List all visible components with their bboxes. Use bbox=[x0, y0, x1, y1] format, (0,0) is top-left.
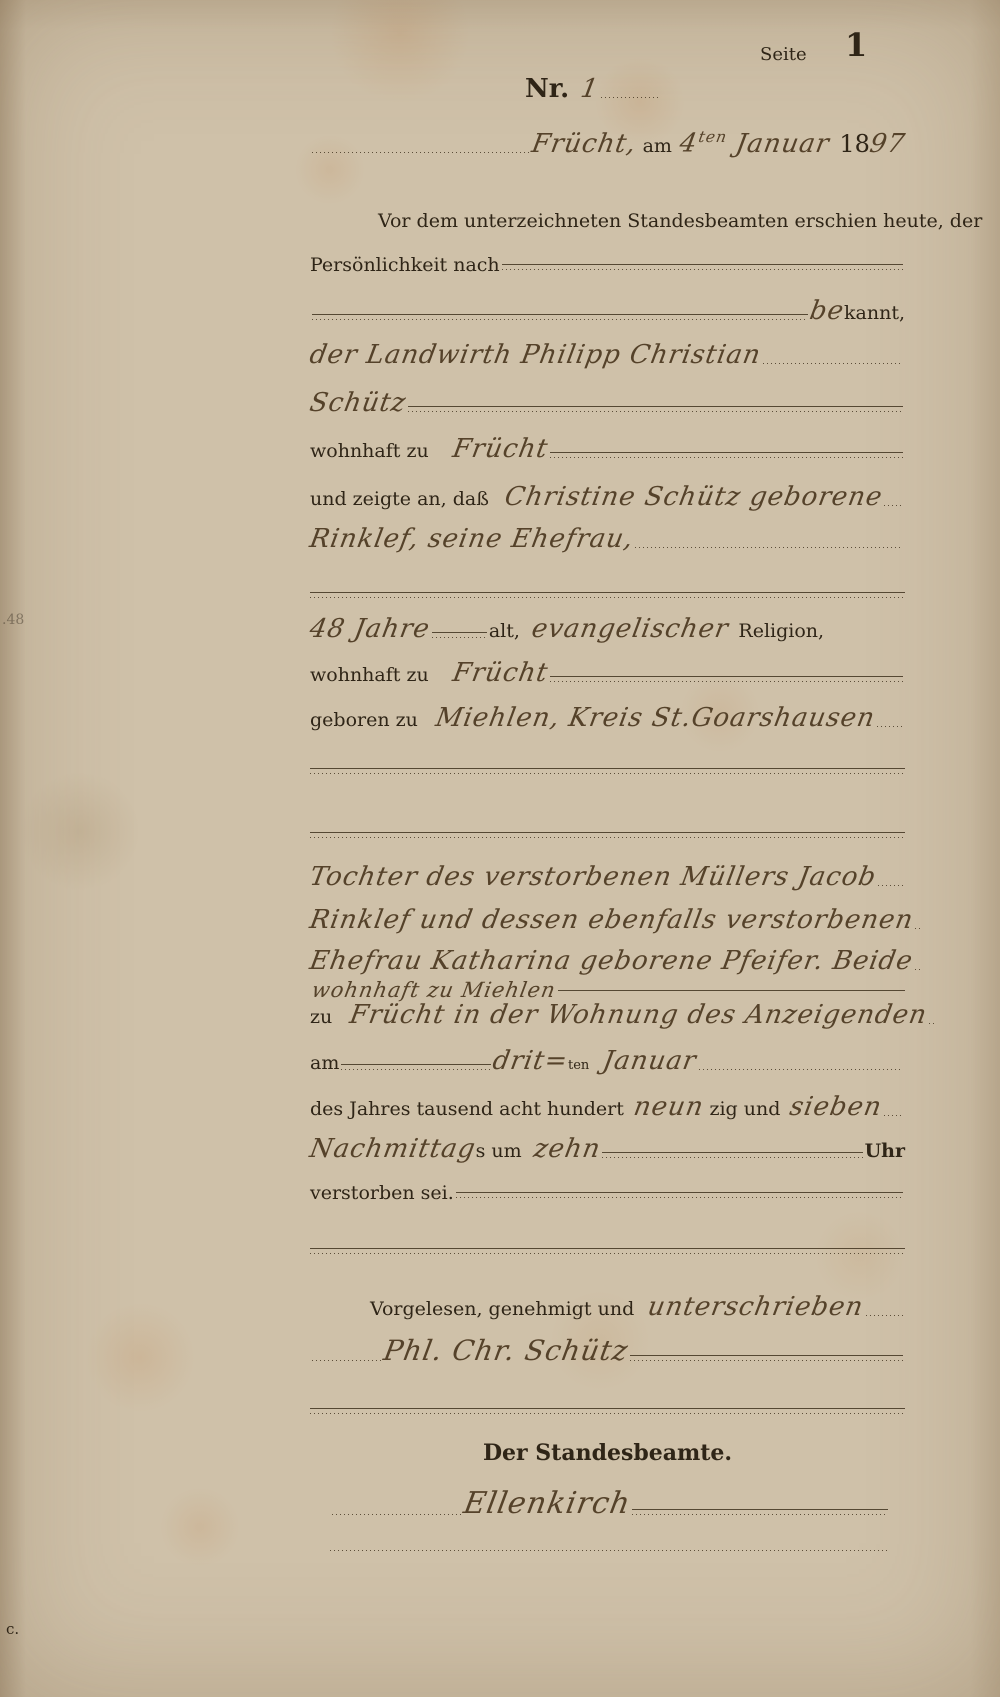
year-ones: sieben bbox=[788, 1092, 885, 1122]
year-tens: neun bbox=[631, 1092, 706, 1122]
declarant-residence-line: wohnhaft zu Frücht bbox=[310, 434, 905, 464]
deceased-line1: und zeigte an, daß Christine Schütz gebo… bbox=[310, 482, 905, 512]
page-number: 1 bbox=[845, 26, 867, 64]
dateline-month: Januar bbox=[733, 129, 832, 159]
margin-note: .48 bbox=[2, 612, 24, 628]
blank-rule-6 bbox=[330, 1546, 890, 1552]
dateline: Frücht, am 4ten Januar 1897 bbox=[310, 128, 905, 159]
closing-hand: unterschrieben bbox=[646, 1292, 867, 1322]
declarant-signature-line: Phl. Chr. Schütz bbox=[310, 1334, 905, 1367]
parents-line2: Rinklef und dessen ebenfalls verstorbene… bbox=[310, 905, 905, 935]
deceased-residence-line: wohnhaft zu Frücht bbox=[310, 658, 905, 688]
record-number-value: 1 bbox=[578, 74, 601, 104]
declarant-signature: Phl. Chr. Schütz bbox=[381, 1334, 631, 1367]
intro-line1: Vor dem unterzeichneten Standesbeamten e… bbox=[378, 210, 982, 232]
bekannt-hand: be bbox=[807, 296, 846, 326]
hour: zehn bbox=[531, 1134, 603, 1164]
registrar-title: Der Standesbeamte. bbox=[310, 1440, 905, 1466]
parents-insert: wohnhaft zu Miehlen bbox=[310, 978, 558, 1002]
registrar-signature: Ellenkirch bbox=[461, 1486, 634, 1521]
blank-rule-3 bbox=[310, 832, 905, 839]
parents-insert-line: wohnhaft zu Miehlen bbox=[312, 978, 907, 1002]
daytime: Nachmittag bbox=[307, 1134, 478, 1164]
religion-value: evangelischer bbox=[529, 614, 731, 644]
deceased-residence: Frücht bbox=[450, 658, 550, 688]
declarant-line2: Schütz bbox=[310, 388, 905, 418]
death-place: Frücht in der Wohnung des Anzeigenden bbox=[348, 1000, 930, 1030]
death-date-line: am drit = ten Januar bbox=[310, 1046, 905, 1076]
blank-rule-4 bbox=[310, 1248, 905, 1255]
dateline-year-printed: 18 bbox=[839, 130, 870, 158]
dateline-place: Frücht, bbox=[530, 129, 640, 159]
birthplace: Miehlen, Kreis St.Goarshausen bbox=[433, 703, 877, 733]
death-hour-line: Nachmittag s um zehn Uhr bbox=[310, 1134, 905, 1164]
blank-rule-5 bbox=[310, 1408, 905, 1415]
blank-rule-1 bbox=[310, 592, 905, 599]
record-number-line: Nr. 1 bbox=[525, 74, 655, 104]
declarant-residence: Frücht bbox=[450, 434, 550, 464]
death-year-line: des Jahres tausend acht hundert neun zig… bbox=[310, 1092, 905, 1122]
dateline-day: 4ten bbox=[677, 128, 728, 159]
parents-line1: Tochter des verstorbenen Müllers Jacob bbox=[310, 862, 905, 892]
birthplace-line: geboren zu Miehlen, Kreis St.Goarshausen bbox=[310, 703, 905, 733]
death-month: Januar bbox=[601, 1046, 700, 1076]
deceased-line2: Rinklef, seine Ehefrau, bbox=[310, 524, 905, 554]
seite-label: Seite bbox=[760, 44, 807, 65]
dateline-year-written: 97 bbox=[867, 129, 907, 159]
closing-line: Vorgelesen, genehmigt und unterschrieben bbox=[370, 1292, 905, 1322]
age-religion-line: 48 Jahre alt, evangelischer Religion, bbox=[310, 614, 905, 644]
death-place-line: zu Frücht in der Wohnung des Anzeigenden bbox=[310, 1000, 905, 1030]
death-day: drit bbox=[491, 1046, 548, 1076]
blank-rule-2 bbox=[310, 768, 905, 775]
corner-mark: c. bbox=[6, 1620, 19, 1638]
registrar-signature-line: Ellenkirch bbox=[330, 1486, 890, 1521]
age-value: 48 Jahre bbox=[307, 614, 432, 644]
intro-line2: Persönlichkeit nach bbox=[310, 254, 905, 276]
bekannt-line: be kannt, bbox=[310, 296, 905, 326]
declarant-line1: der Landwirth Philipp Christian bbox=[310, 340, 905, 370]
parents-line3: Ehefrau Katharina geborene Pfeifer. Beid… bbox=[310, 946, 905, 976]
ten-suffix: ten bbox=[568, 1058, 589, 1073]
verstorben-line: verstorben sei. bbox=[310, 1182, 905, 1204]
death-register-page: Seite 1 Nr. 1 Frücht, am 4ten Januar 189… bbox=[0, 0, 1000, 1697]
